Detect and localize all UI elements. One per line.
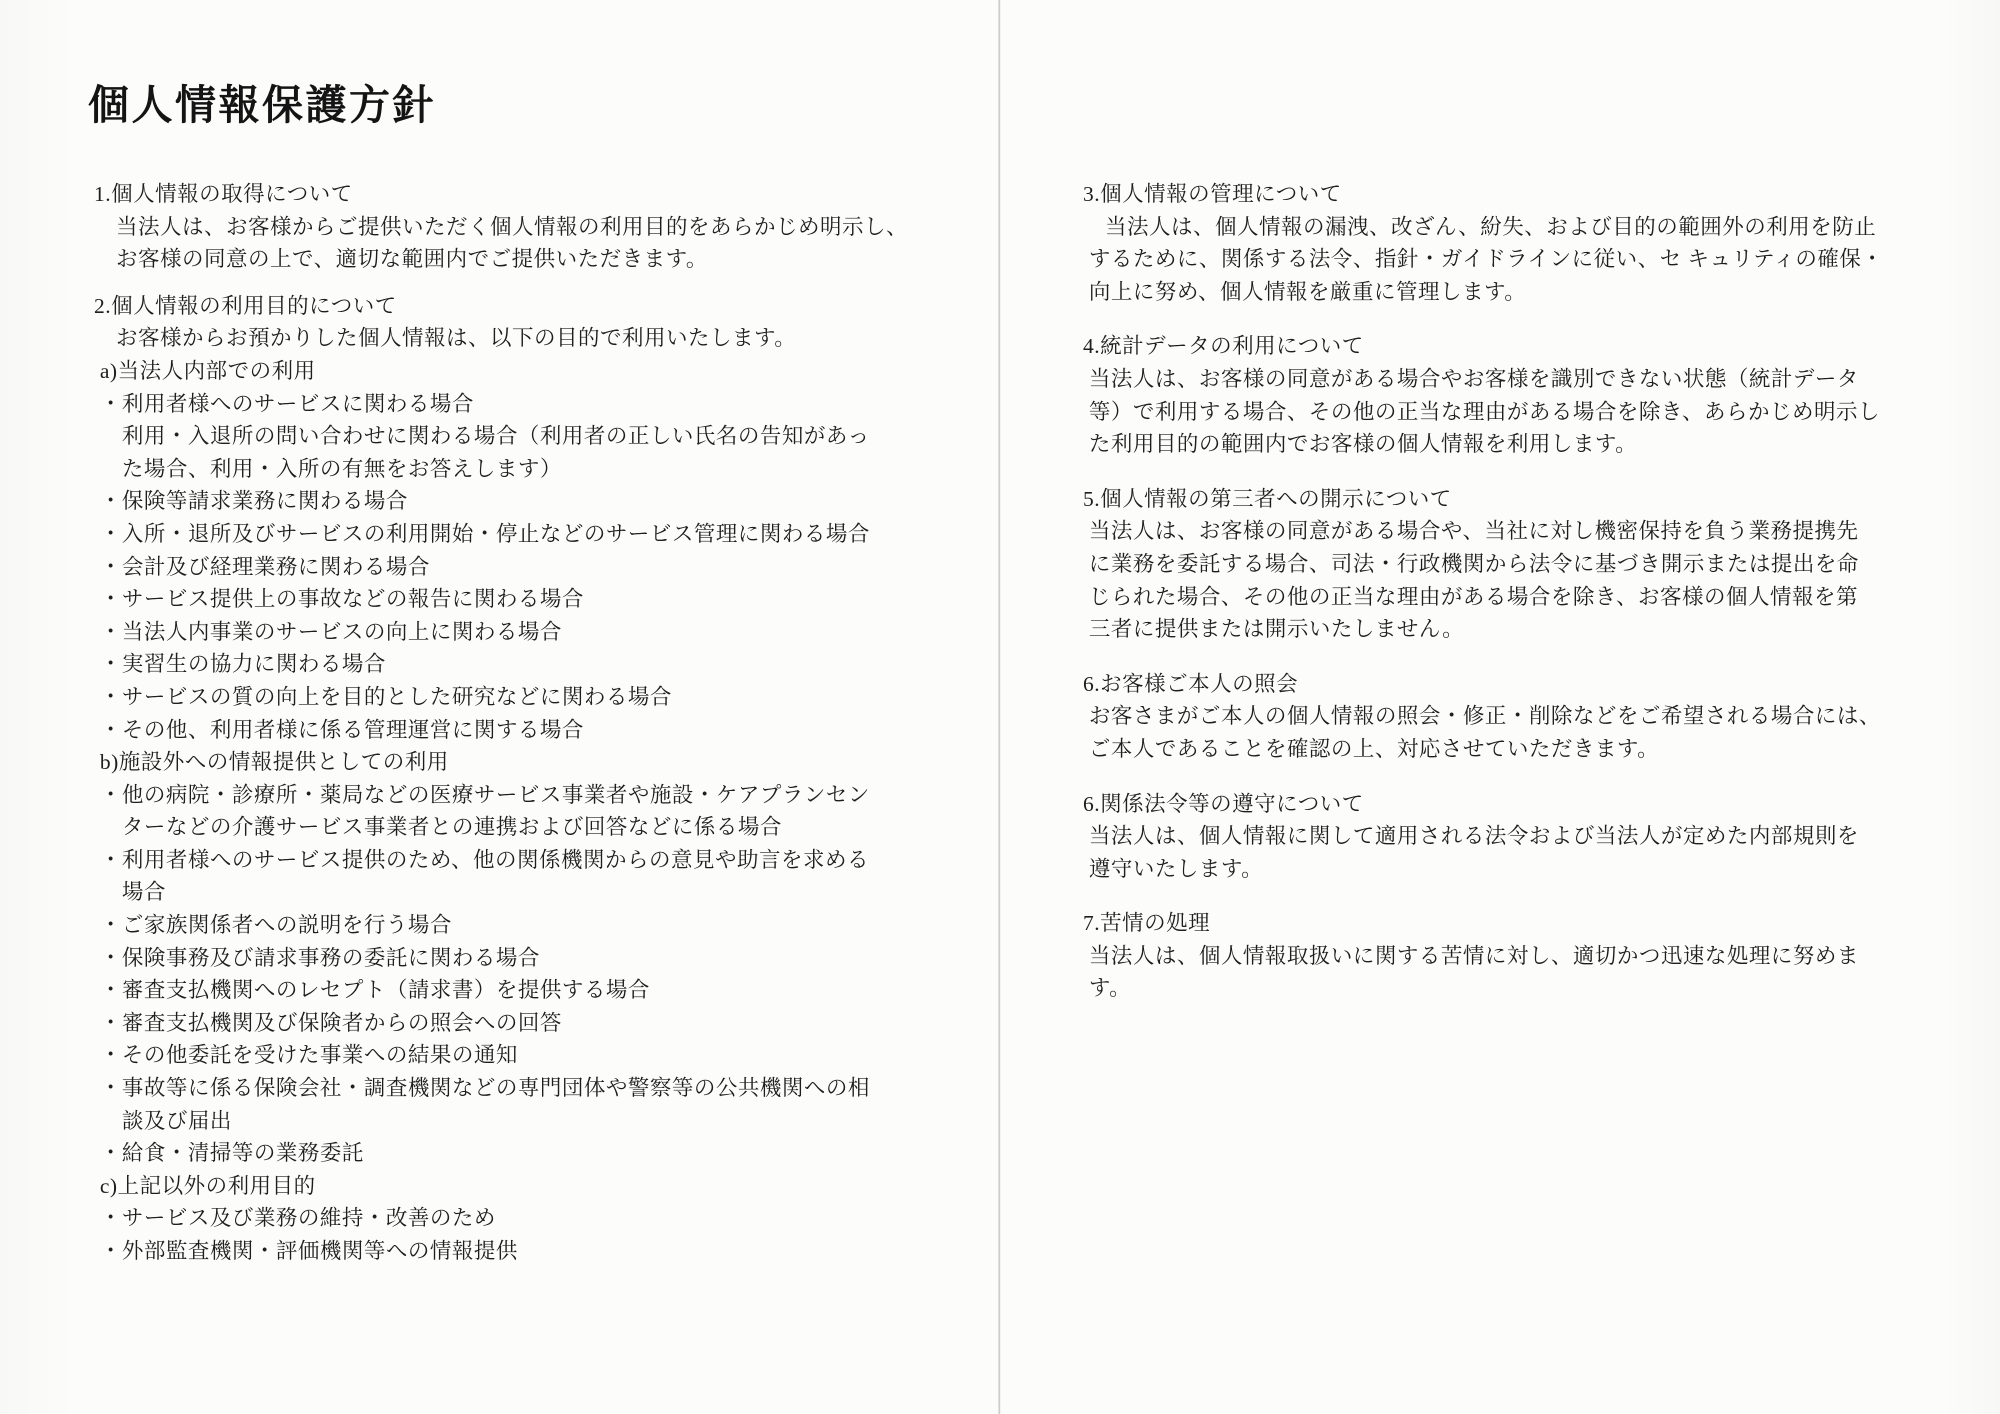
text-line: 場合	[94, 876, 954, 909]
text-line: するために、関係する法令、指針・ガイドラインに従い、セ キュリティの確保・	[1083, 243, 1943, 276]
text-line: ・実習生の協力に関わる場合	[94, 648, 954, 681]
text-line: 等）で利用する場合、その他の正当な理由がある場合を除き、あらかじめ明示し	[1083, 396, 1943, 429]
page-title: 個人情報保護方針	[88, 72, 436, 131]
text-line: b)施設外への情報提供としての利用	[94, 746, 954, 779]
text-line: た利用目的の範囲内でお客様の個人情報を利用します。	[1083, 428, 1943, 461]
text-line: ・審査支払機関へのレセプト（請求書）を提供する場合	[94, 974, 954, 1007]
text-line: ・事故等に係る保険会社・調査機関などの専門団体や警察等の公共機関への相	[94, 1072, 954, 1105]
text-line: 6.関係法令等の遵守について	[1083, 788, 1943, 821]
text-line: ・ご家族関係者への説明を行う場合	[94, 909, 954, 942]
section-statistics: 4.統計データの利用について 当法人は、お客様の同意がある場合やお客様を識別でき…	[1083, 330, 1943, 460]
text-line: ・会計及び経理業務に関わる場合	[94, 551, 954, 584]
text-line: ・保険等請求業務に関わる場合	[94, 485, 954, 518]
text-line: に業務を委託する場合、司法・行政機関から法令に基づき開示または提出を命	[1083, 548, 1943, 581]
text-line: 三者に提供または開示いたしません。	[1083, 613, 1943, 646]
text-line: お客さまがご本人の個人情報の照会・修正・削除などをご希望される場合には、	[1083, 700, 1943, 733]
section-management: 3.個人情報の管理について 当法人は、個人情報の漏洩、改ざん、紛失、および目的の…	[1083, 178, 1943, 308]
text-line: 遵守いたします。	[1083, 853, 1943, 886]
section-third-party-disclosure: 5.個人情報の第三者への開示について 当法人は、お客様の同意がある場合や、当社に…	[1083, 483, 1943, 646]
text-line: c)上記以外の利用目的	[94, 1170, 954, 1203]
text-line: ・当法人内事業のサービスの向上に関わる場合	[94, 616, 954, 649]
text-line: 当法人は、お客様の同意がある場合や、当社に対し機密保持を負う業務提携先	[1083, 515, 1943, 548]
text-line: 当法人は、個人情報の漏洩、改ざん、紛失、および目的の範囲外の利用を防止	[1083, 211, 1943, 244]
page-fold-divider	[998, 0, 1001, 1414]
section-law-compliance: 6.関係法令等の遵守について 当法人は、個人情報に関して適用される法令および当法…	[1083, 788, 1943, 886]
text-line: じられた場合、その他の正当な理由がある場合を除き、お客様の個人情報を第	[1083, 581, 1943, 614]
text-line: お客様の同意の上で、適切な範囲内でご提供いただきます。	[94, 243, 954, 276]
text-line: ・サービス提供上の事故などの報告に関わる場合	[94, 583, 954, 616]
text-line: 3.個人情報の管理について	[1083, 178, 1943, 211]
text-line: ・サービスの質の向上を目的とした研究などに関わる場合	[94, 681, 954, 714]
text-line: 1.個人情報の取得について	[94, 178, 954, 211]
text-line: 5.個人情報の第三者への開示について	[1083, 483, 1943, 516]
text-line: 談及び届出	[94, 1105, 954, 1138]
text-line: 当法人は、個人情報取扱いに関する苦情に対し、適切かつ迅速な処理に努めま	[1083, 940, 1943, 973]
text-line: す。	[1083, 972, 1943, 1005]
left-column: 1.個人情報の取得について 当法人は、お客様からご提供いただく個人情報の利用目的…	[94, 178, 954, 1282]
text-line: 利用・入退所の問い合わせに関わる場合（利用者の正しい氏名の告知があっ	[94, 420, 954, 453]
section-personal-inquiry: 6.お客様ご本人の照会 お客さまがご本人の個人情報の照会・修正・削除などをご希望…	[1083, 668, 1943, 766]
text-line: ・外部監査機関・評価機関等への情報提供	[94, 1235, 954, 1268]
text-line: ターなどの介護サービス事業者との連携および回答などに係る場合	[94, 811, 954, 844]
text-line: 7.苦情の処理	[1083, 907, 1943, 940]
right-column: 3.個人情報の管理について 当法人は、個人情報の漏洩、改ざん、紛失、および目的の…	[1083, 178, 1943, 1027]
text-line: ・審査支払機関及び保険者からの照会への回答	[94, 1007, 954, 1040]
text-line: 向上に努め、個人情報を厳重に管理します。	[1083, 276, 1943, 309]
text-line: ・他の病院・診療所・薬局などの医療サービス事業者や施設・ケアプランセン	[94, 779, 954, 812]
text-line: 当法人は、個人情報に関して適用される法令および当法人が定めた内部規則を	[1083, 820, 1943, 853]
text-line: ・その他委託を受けた事業への結果の通知	[94, 1039, 954, 1072]
text-line: ・サービス及び業務の維持・改善のため	[94, 1202, 954, 1235]
text-line: ・利用者様へのサービスに関わる場合	[94, 388, 954, 421]
text-line: ・その他、利用者様に係る管理運営に関する場合	[94, 714, 954, 747]
text-line: ・入所・退所及びサービスの利用開始・停止などのサービス管理に関わる場合	[94, 518, 954, 551]
text-line: ご本人であることを確認の上、対応させていただきます。	[1083, 733, 1943, 766]
text-line: ・利用者様へのサービス提供のため、他の関係機関からの意見や助言を求める	[94, 844, 954, 877]
text-line: お客様からお預かりした個人情報は、以下の目的で利用いたします。	[94, 322, 954, 355]
text-line: ・給食・清掃等の業務委託	[94, 1137, 954, 1170]
text-line: a)当法人内部での利用	[94, 355, 954, 388]
section-acquisition: 1.個人情報の取得について 当法人は、お客様からご提供いただく個人情報の利用目的…	[94, 178, 954, 276]
text-line: た場合、利用・入所の有無をお答えします）	[94, 453, 954, 486]
scanned-document-page: 個人情報保護方針 1.個人情報の取得について 当法人は、お客様からご提供いただく…	[0, 0, 2000, 1414]
section-usage-purpose: 2.個人情報の利用目的について お客様からお預かりした個人情報は、以下の目的で利…	[94, 290, 954, 1268]
section-complaint-handling: 7.苦情の処理 当法人は、個人情報取扱いに関する苦情に対し、適切かつ迅速な処理に…	[1083, 907, 1943, 1005]
text-line: 4.統計データの利用について	[1083, 330, 1943, 363]
text-line: 2.個人情報の利用目的について	[94, 290, 954, 323]
text-line: 6.お客様ご本人の照会	[1083, 668, 1943, 701]
text-line: ・保険事務及び請求事務の委託に関わる場合	[94, 942, 954, 975]
text-line: 当法人は、お客様からご提供いただく個人情報の利用目的をあらかじめ明示し、	[94, 211, 954, 244]
text-line: 当法人は、お客様の同意がある場合やお客様を識別できない状態（統計データ	[1083, 363, 1943, 396]
